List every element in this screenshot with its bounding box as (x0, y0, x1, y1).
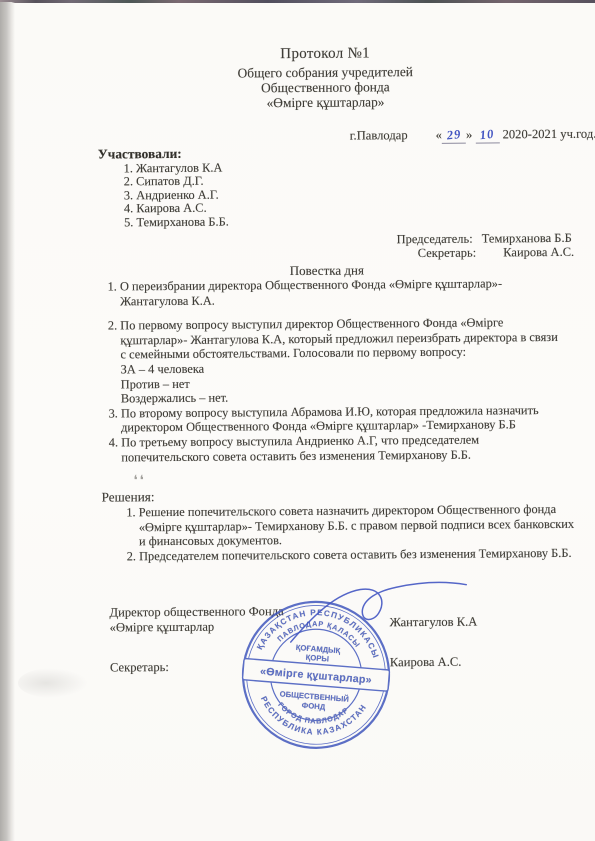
city-label: г.Павлодар (350, 128, 408, 142)
agenda-item: По второму вопросу выступила Абрамова И.… (121, 402, 595, 435)
signature-flourish (286, 575, 487, 659)
stray-pen-marks: ❛❛ (133, 472, 146, 488)
chairman-name: Темирханова Б.Б (482, 231, 572, 246)
place-date-line: г.Павлодар«29» 10 2020-2021 уч.год. (350, 127, 595, 145)
agenda-item: По третьему вопросу выступила Андриенко … (121, 432, 595, 465)
date-group: «29» 10 2020-2021 уч.год. (436, 127, 595, 142)
year-label: 2020-2021 уч.год. (502, 127, 595, 142)
agenda-list: О переизбрании директора Общественного Ф… (97, 276, 595, 465)
agenda-item: О переизбрании директора Общественного Ф… (120, 276, 595, 309)
quote-close: » (466, 128, 472, 142)
decisions-list: Решение попечительского совета назначить… (116, 502, 595, 565)
day-underline: 29 (442, 128, 466, 144)
participants-list: Жантагулов К.А Сипатов Д.Г. Андриенко А.… (113, 160, 437, 229)
month-underline: 10 (475, 127, 499, 143)
participant-item: Темирханова Б.Б. (136, 213, 436, 229)
decision-item: Решение попечительского совета назначить… (139, 502, 595, 550)
agenda-item: По первому вопросу выступил директор Общ… (120, 315, 595, 406)
handwritten-month: 10 (479, 127, 495, 144)
title-line-4: «Өмірге құштарлар» (60, 93, 590, 112)
document-content: Протокол №1 Общего собрания учредителей … (0, 0, 595, 841)
decisions-heading: Решения: (102, 489, 155, 505)
secretary-name: Каирова А.С. (503, 245, 574, 260)
decision-item: Председателем попечительского совета ост… (139, 546, 595, 564)
document-title: Протокол №1 (60, 44, 590, 65)
chairman-label: Председатель: (397, 232, 473, 247)
stamp-fund-type-ru-2: ФОНД (301, 701, 326, 712)
secretary-signature-label: Секретарь: (110, 660, 169, 675)
secretary-label: Секретарь: (418, 246, 477, 260)
secretary-line: Секретарь:Каирова А.С. (418, 245, 575, 261)
director-signature-label-2: «Өмірге құштарлар (110, 620, 215, 636)
handwritten-day: 29 (446, 127, 462, 144)
scanned-page: Протокол №1 Общего собрания учредителей … (0, 0, 595, 841)
title-block: Протокол №1 Общего собрания учредителей … (60, 44, 590, 112)
